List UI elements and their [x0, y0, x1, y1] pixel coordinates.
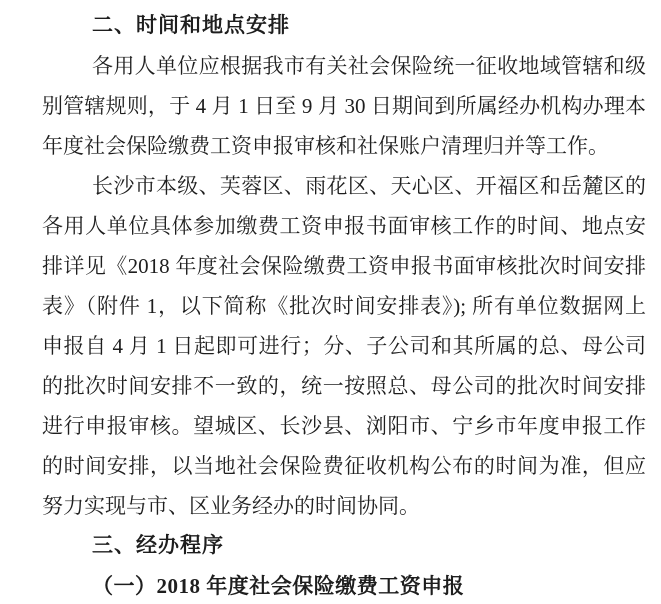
- text-line: 别管辖规则，于 4 月 1 日至 9 月 30 日期间到所属经办机构办理本: [42, 86, 646, 126]
- section-heading: 三、经办程序: [42, 526, 646, 566]
- text-line: 长沙市本级、芙蓉区、雨花区、天心区、开福区和岳麓区的: [42, 166, 646, 206]
- text-line: 各用人单位应根据我市有关社会保险统一征收地域管辖和级: [42, 46, 646, 86]
- text-line: 的时间安排，以当地社会保险费征收机构公布的时间为准，但应: [42, 446, 646, 486]
- text-line: 年度社会保险缴费工资申报审核和社保账户清理归并等工作。: [42, 126, 646, 166]
- text-line: 申报自 4 月 1 日起即可进行；分、子公司和其所属的总、母公司: [42, 326, 646, 366]
- section-heading: （一）2018 年度社会保险缴费工资申报: [42, 566, 646, 604]
- section-heading: 二、时间和地点安排: [42, 6, 646, 46]
- text-line: 的批次时间安排不一致的，统一按照总、母公司的批次时间安排: [42, 366, 646, 406]
- document-body: 二、时间和地点安排各用人单位应根据我市有关社会保险统一征收地域管辖和级别管辖规则…: [42, 6, 646, 604]
- text-line: 表》（附件 1，以下简称《批次时间安排表》); 所有单位数据网上: [42, 286, 646, 326]
- text-line: 各用人单位具体参加缴费工资申报书面审核工作的时间、地点安: [42, 206, 646, 246]
- text-line: 进行申报审核。望城区、长沙县、浏阳市、宁乡市年度申报工作: [42, 406, 646, 446]
- text-line: 努力实现与市、区业务经办的时间协同。: [42, 486, 646, 526]
- document-page: 二、时间和地点安排各用人单位应根据我市有关社会保险统一征收地域管辖和级别管辖规则…: [0, 0, 661, 604]
- text-line: 排详见《2018 年度社会保险缴费工资申报书面审核批次时间安排: [42, 246, 646, 286]
